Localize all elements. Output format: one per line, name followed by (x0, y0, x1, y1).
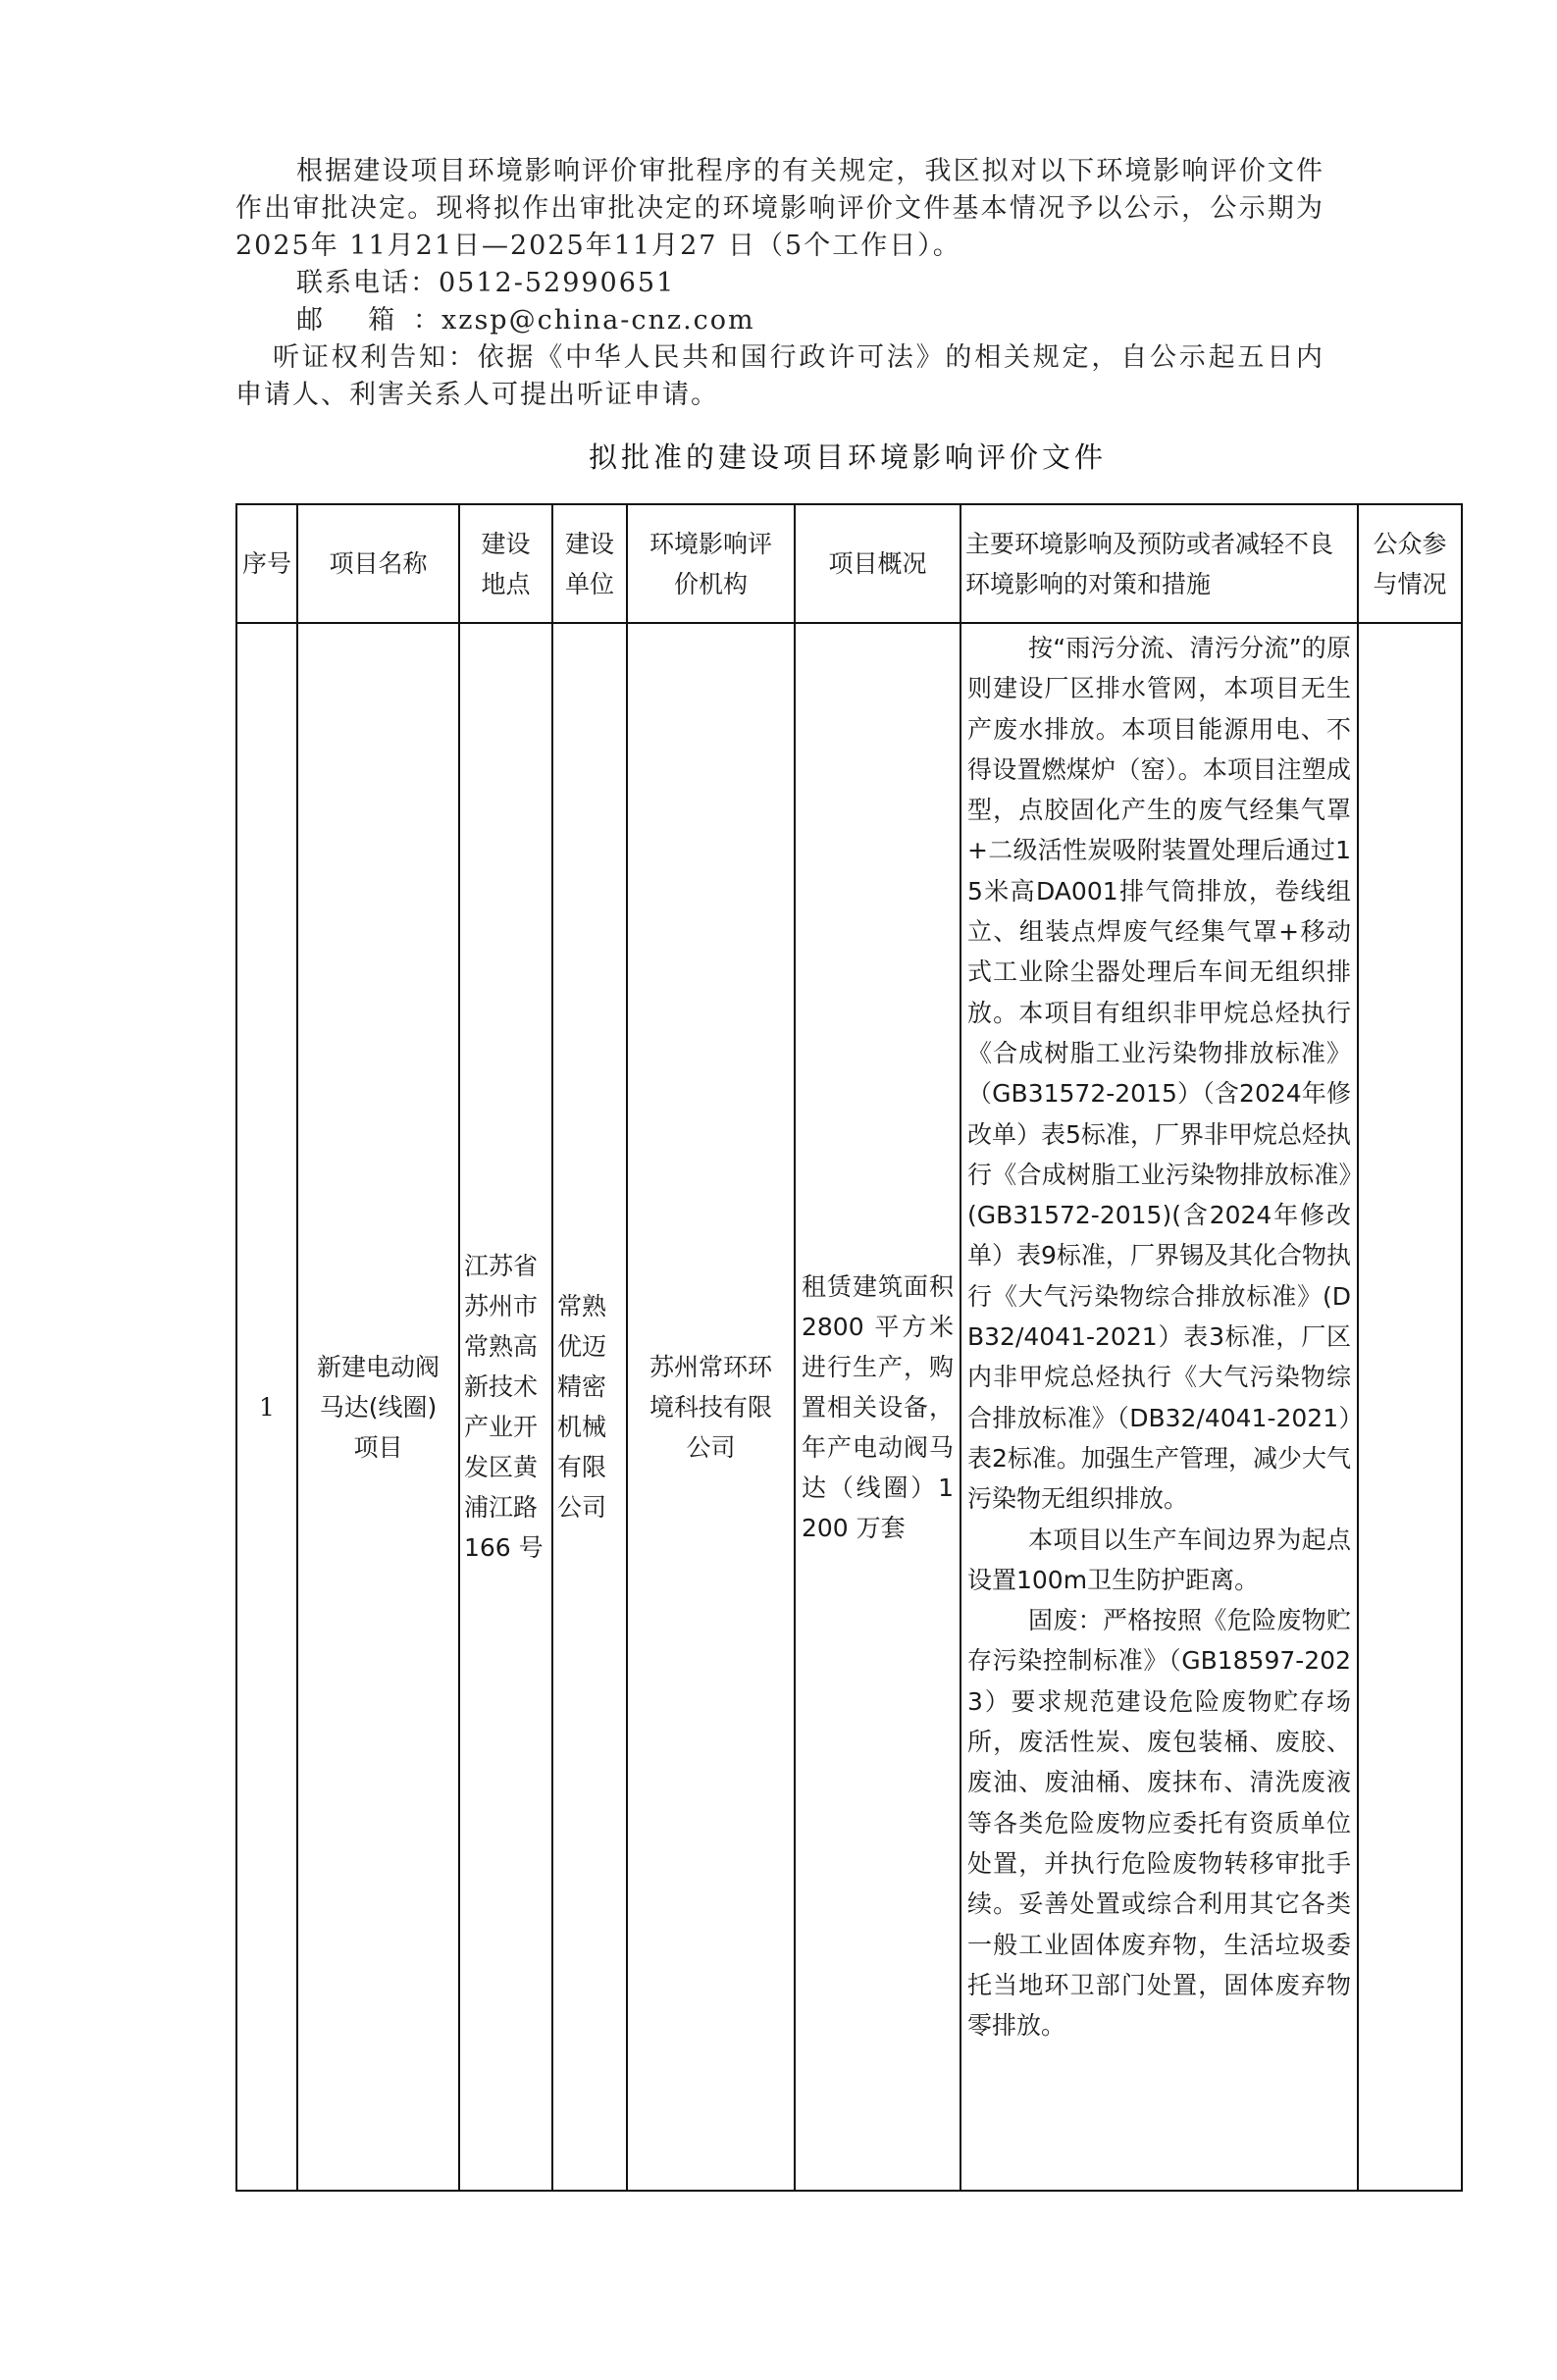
email-address: xzsp@china-cnz.com (441, 305, 755, 336)
eia-approval-table: 序号 项目名称 建设地点 建设单位 环境影响评价机构 项目概况 主要环境影响及预… (235, 503, 1463, 2192)
header-measures: 主要环境影响及预防或者减轻不良环境影响的对策和措施 (960, 504, 1358, 623)
cell-location: 江苏省苏州市常熟高新技术产业开发区黄浦江路166 号 (459, 623, 552, 2191)
table-header-row: 序号 项目名称 建设地点 建设单位 环境影响评价机构 项目概况 主要环境影响及预… (236, 504, 1462, 623)
email-label: 邮 箱： (296, 302, 441, 339)
header-eia-agency: 环境影响评价机构 (627, 504, 795, 623)
cell-overview: 租赁建筑面积 2800 平方米进行生产，购置相关设备，年产电动阀马达（线圈）12… (795, 623, 960, 2191)
announcement-intro: 根据建设项目环境影响评价审批程序的有关规定，我区拟对以下环境影响评价文件作出审批… (235, 153, 1324, 414)
intro-paragraph: 根据建设项目环境影响评价审批程序的有关规定，我区拟对以下环境影响评价文件作出审批… (235, 153, 1324, 265)
header-public-participation: 公众参与情况 (1358, 504, 1462, 623)
header-builder: 建设单位 (552, 504, 627, 623)
header-seq: 序号 (236, 504, 297, 623)
cell-builder: 常熟优迈精密机械有限公司 (552, 623, 627, 2191)
cell-measures: 按“雨污分流、清污分流”的原则建设厂区排水管网，本项目无生产废水排放。本项目能源… (960, 623, 1358, 2191)
measures-air-water: 按“雨污分流、清污分流”的原则建设厂区排水管网，本项目无生产废水排放。本项目能源… (967, 628, 1351, 1520)
cell-public-participation (1358, 623, 1462, 2191)
cell-seq: 1 (236, 623, 297, 2191)
table-title: 拟批准的建设项目环境影响评价文件 (235, 438, 1460, 477)
contact-email-line: 邮 箱：xzsp@china-cnz.com (235, 302, 1324, 339)
header-overview: 项目概况 (795, 504, 960, 623)
measures-solid-waste: 固废：严格按照《危险废物贮存污染控制标准》（GB18597-2023）要求规范建… (967, 1600, 1351, 2045)
measures-protection-distance: 本项目以生产车间边界为起点设置100m卫生防护距离。 (967, 1520, 1351, 1601)
cell-project-name: 新建电动阀马达(线圈)项目 (297, 623, 459, 2191)
header-project-name: 项目名称 (297, 504, 459, 623)
header-location: 建设地点 (459, 504, 552, 623)
phone-label: 联系电话： (296, 268, 439, 298)
table-row: 1 新建电动阀马达(线圈)项目 江苏省苏州市常熟高新技术产业开发区黄浦江路166… (236, 623, 1462, 2191)
phone-number: 0512-52990651 (439, 268, 675, 298)
contact-phone-line: 联系电话：0512-52990651 (235, 265, 1324, 302)
cell-eia-agency: 苏州常环环境科技有限公司 (627, 623, 795, 2191)
hearing-rights-notice: 听证权利告知：依据《中华人民共和国行政许可法》的相关规定，自公示起五日内申请人、… (235, 339, 1324, 414)
